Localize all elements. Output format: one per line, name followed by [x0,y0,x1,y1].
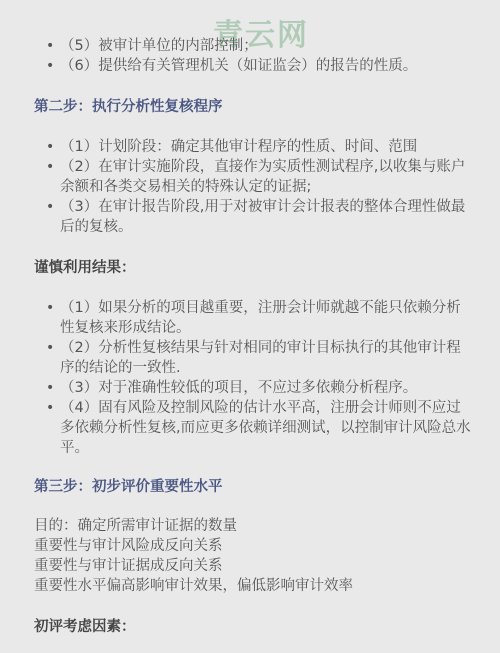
purpose-line: 目的：确定所需审计证据的数量 [34,516,353,536]
text-line: 重要性水平偏高影响审计效果，偏低影响审计效率 [34,576,353,596]
step3-text-block: 目的：确定所需审计证据的数量 重要性与审计风险成反向关系 重要性与审计证据成反向… [34,516,353,596]
list-item-text: （2）分析性复核结果与针对相同的审计目标执行的其他审计程序的结论的一致性. [60,340,461,376]
list-item-text: （2）在审计实施阶段，直接作为实质性测试程序,以收集与账户余额和各类交易相关的特… [60,159,465,195]
list-item: • （6）提供给有关管理机关（如证监会）的报告的性质。 [34,56,417,76]
list-item: • （1）计划阶段：确定其他审计程序的性质、时间、范围 [34,137,474,157]
bullet-icon: • [46,197,54,217]
list-item-text: （4）固有风险及控制风险的估计水平高，注册会计师则不应过多依赖分析性复核,而应更… [60,400,471,456]
list-item: • （2）分析性复核结果与针对相同的审计目标执行的其他审计程序的结论的一致性. [34,338,474,378]
careful-use-heading: 谨慎利用结果： [34,258,136,278]
top-bullet-list: • （5）被审计单位的内部控制； • （6）提供给有关管理机关（如证监会）的报告… [34,36,417,76]
step2-bullet-list: • （1）计划阶段：确定其他审计程序的性质、时间、范围 • （2）在审计实施阶段… [34,137,474,237]
bullet-icon: • [46,398,54,418]
list-item: • （3）对于准确性较低的项目，不应过多依赖分析程序。 [34,378,474,398]
initial-factors-heading: 初评考虑因素： [34,617,136,637]
list-item-text: （6）提供给有关管理机关（如证监会）的报告的性质。 [60,58,417,74]
list-item-text: （3）对于准确性较低的项目，不应过多依赖分析程序。 [60,380,417,396]
list-item: • （3）在审计报告阶段,用于对被审计会计报表的整体合理性做最后的复核。 [34,197,474,237]
bullet-icon: • [46,137,54,157]
bullet-icon: • [46,36,54,56]
careful-use-bullet-list: • （1）如果分析的项目越重要，注册会计师就越不能只依赖分析性复核来形成结论。 … [34,298,474,458]
bullet-icon: • [46,157,54,177]
list-item-text: （1）如果分析的项目越重要，注册会计师就越不能只依赖分析性复核来形成结论。 [60,300,461,336]
list-item: • （4）固有风险及控制风险的估计水平高，注册会计师则不应过多依赖分析性复核,而… [34,398,474,458]
bullet-icon: • [46,378,54,398]
step3-heading: 第三步：初步评价重要性水平 [34,477,223,497]
list-item-text: （1）计划阶段：确定其他审计程序的性质、时间、范围 [60,139,417,155]
list-item: • （2）在审计实施阶段，直接作为实质性测试程序,以收集与账户余额和各类交易相关… [34,157,474,197]
step2-heading: 第二步：执行分析性复核程序 [34,97,223,117]
bullet-icon: • [46,298,54,318]
text-line: 重要性与审计风险成反向关系 [34,536,353,556]
list-item: • （5）被审计单位的内部控制； [34,36,417,56]
bullet-icon: • [46,338,54,358]
list-item: • （1）如果分析的项目越重要，注册会计师就越不能只依赖分析性复核来形成结论。 [34,298,474,338]
text-line: 重要性与审计证据成反向关系 [34,556,353,576]
bullet-icon: • [46,56,54,76]
list-item-text: （5）被审计单位的内部控制； [60,38,258,54]
list-item-text: （3）在审计报告阶段,用于对被审计会计报表的整体合理性做最后的复核。 [60,199,465,235]
